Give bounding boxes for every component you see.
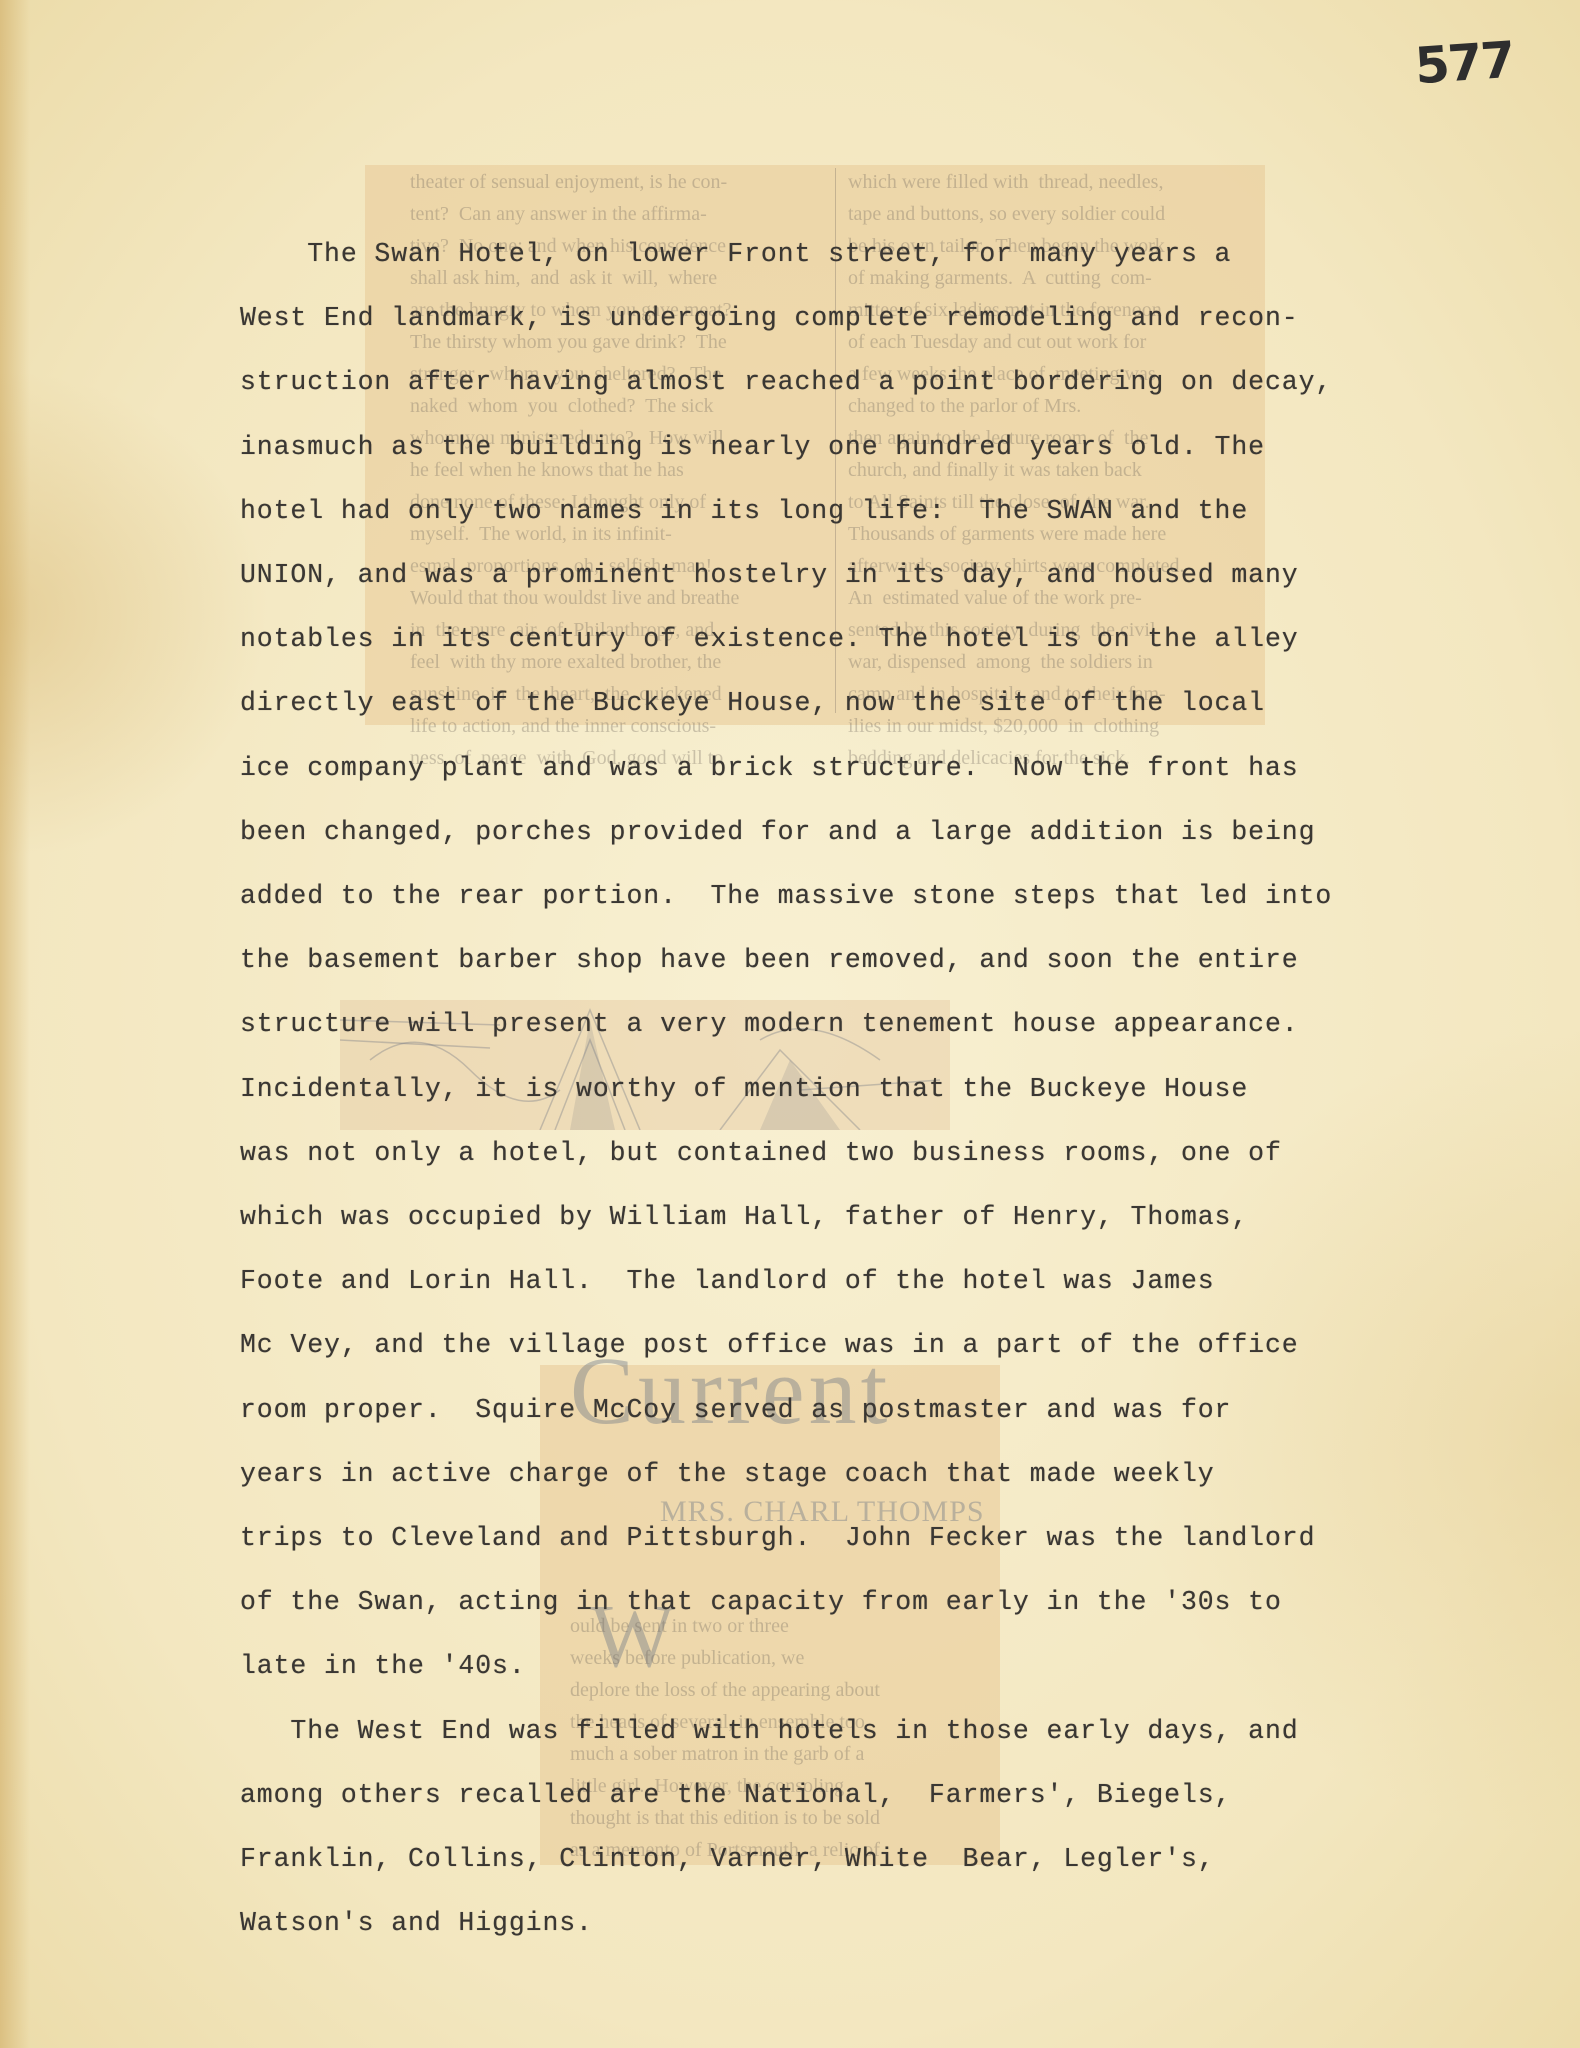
text-line: which was occupied by William Hall, fath… [240,1185,1490,1249]
text-line: been changed, porches provided for and a… [240,800,1490,864]
paragraph-swan-hotel: The Swan Hotel, on lower Front street, f… [240,222,1490,1699]
text-line: inasmuch as the building is nearly one h… [240,415,1490,479]
typewritten-document-body: The Swan Hotel, on lower Front street, f… [240,222,1490,1955]
text-line: trips to Cleveland and Pittsburgh. John … [240,1506,1490,1570]
text-line: of the Swan, acting in that capacity fro… [240,1570,1490,1634]
text-line: room proper. Squire McCoy served as post… [240,1378,1490,1442]
text-line: West End landmark, is undergoing complet… [240,286,1490,350]
text-line: notables in its century of existence. Th… [240,607,1490,671]
text-line: Incidentally, it is worthy of mention th… [240,1057,1490,1121]
text-line: late in the '40s. [240,1634,1490,1698]
text-line: directly east of the Buckeye House, now … [240,671,1490,735]
page-number: 577 [1413,31,1515,96]
text-line: years in active charge of the stage coac… [240,1442,1490,1506]
text-line: The Swan Hotel, on lower Front street, f… [240,222,1490,286]
text-line: ice company plant and was a brick struct… [240,736,1490,800]
paragraph-west-end-hotels: The West End was filled with hotels in t… [240,1699,1490,1956]
text-line: among others recalled are the National, … [240,1763,1490,1827]
text-line: Watson's and Higgins. [240,1891,1490,1955]
text-line: struction after having almost reached a … [240,350,1490,414]
text-line: added to the rear portion. The massive s… [240,864,1490,928]
paper-edge-stain [0,0,30,2048]
text-line: Foote and Lorin Hall. The landlord of th… [240,1249,1490,1313]
text-line: Franklin, Collins, Clinton, Varner, Whit… [240,1827,1490,1891]
text-line: was not only a hotel, but contained two … [240,1121,1490,1185]
text-line: Mc Vey, and the village post office was … [240,1313,1490,1377]
text-line: The West End was filled with hotels in t… [240,1699,1490,1763]
text-line: UNION, and was a prominent hostelry in i… [240,543,1490,607]
text-line: structure will present a very modern ten… [240,992,1490,1056]
text-line: hotel had only two names in its long lif… [240,479,1490,543]
text-line: the basement barber shop have been remov… [240,928,1490,992]
